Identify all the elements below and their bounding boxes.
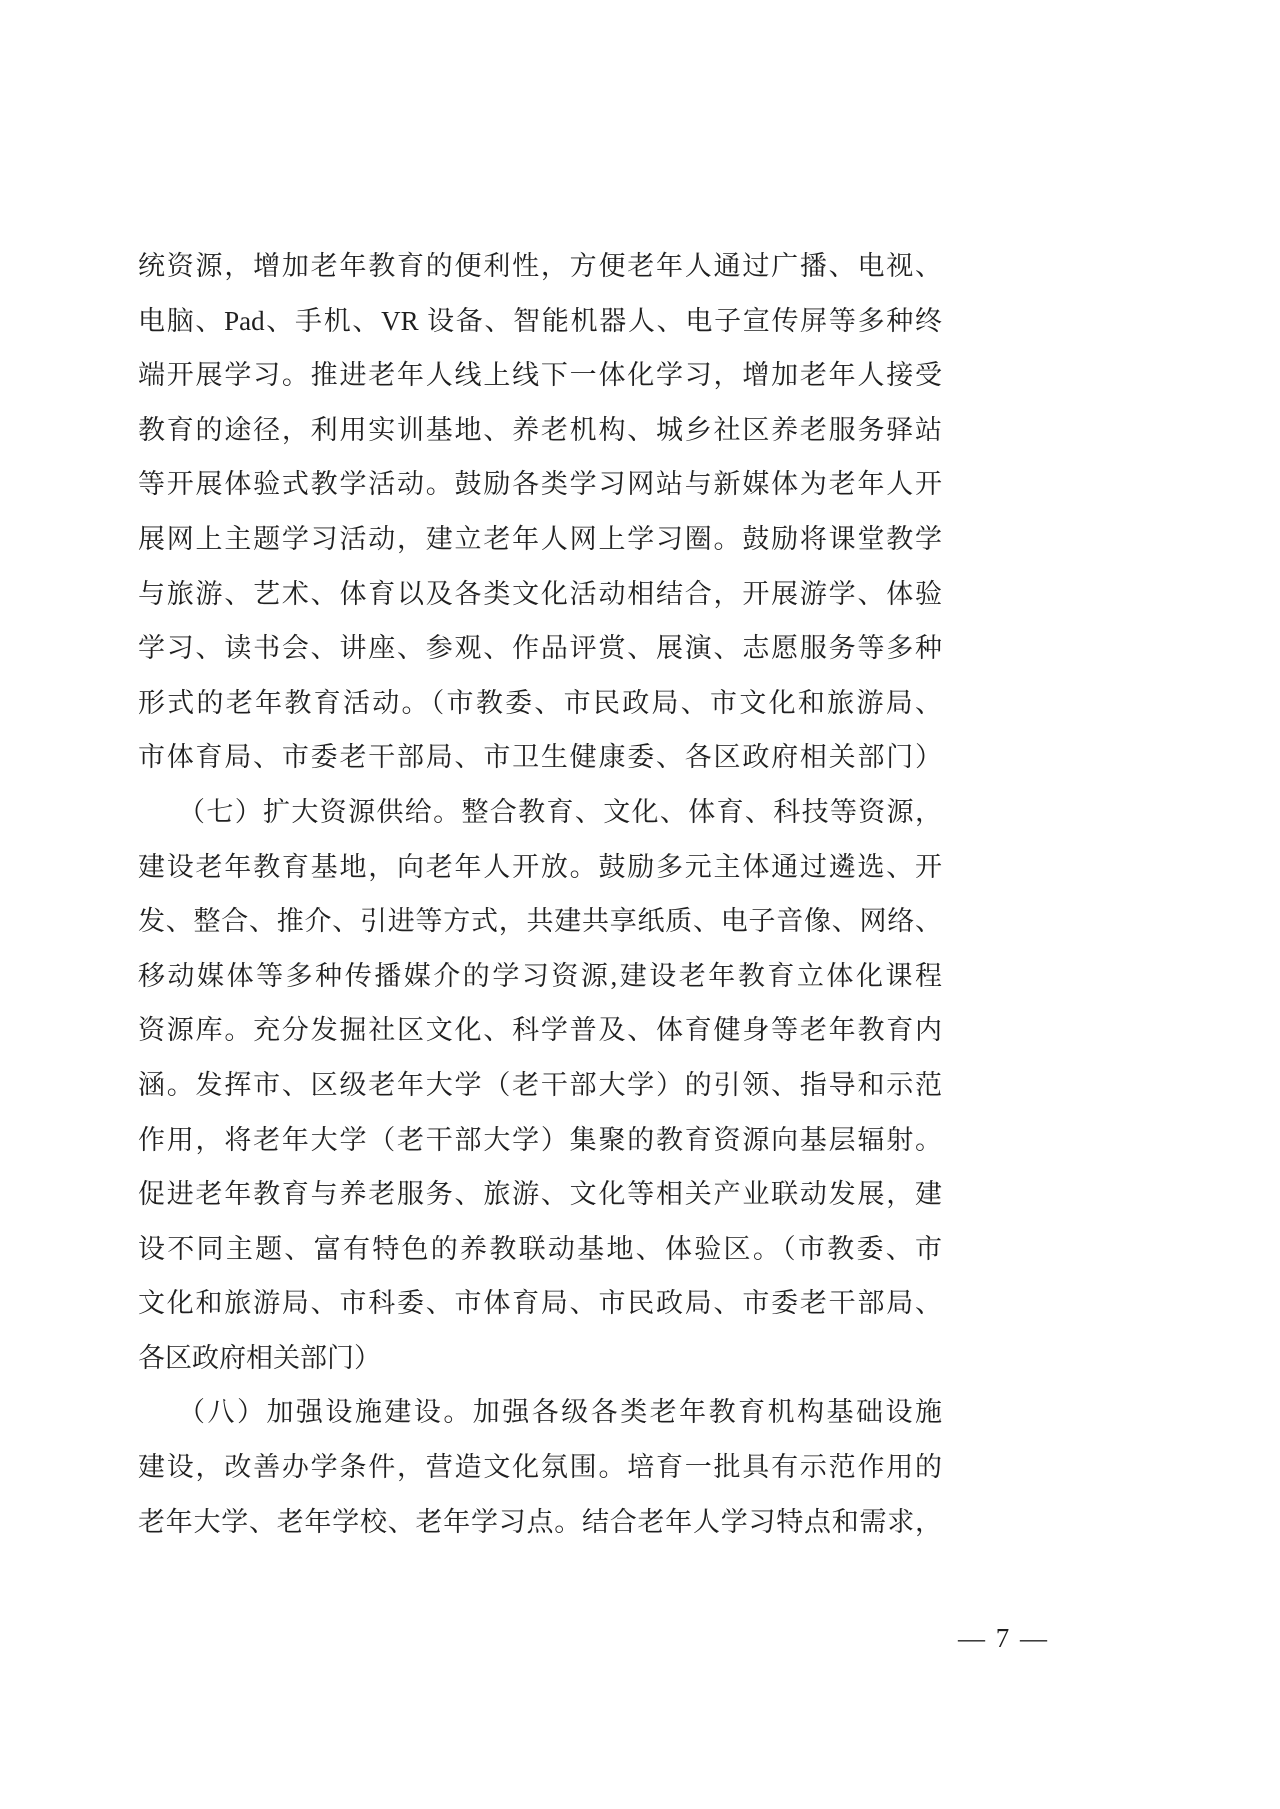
body-line: 学习、读书会、讲座、参观、作品评赏、展演、志愿服务等多种 [138,621,942,676]
document-body: 统资源，增加老年教育的便利性，方便老年人通过广播、电视、 电脑、Pad、手机、V… [138,239,942,1549]
page-number: — 7 — [958,1618,1049,1658]
body-line: 电脑、Pad、手机、VR 设备、智能机器人、电子宣传屏等多种终 [138,294,942,349]
body-line: 促进老年教育与养老服务、旅游、文化等相关产业联动发展，建 [138,1167,942,1222]
body-line: 移动媒体等多种传播媒介的学习资源,建设老年教育立体化课程 [138,949,942,1004]
body-line: 市体育局、市委老干部局、市卫生健康委、各区政府相关部门） [138,730,942,785]
body-line: 作用，将老年大学（老干部大学）集聚的教育资源向基层辐射。 [138,1113,942,1168]
body-line: 设不同主题、富有特色的养教联动基地、体验区。（市教委、市 [138,1222,942,1277]
body-line: 展网上主题学习活动，建立老年人网上学习圈。鼓励将课堂教学 [138,512,942,567]
body-line: 老年大学、老年学校、老年学习点。结合老年人学习特点和需求， [138,1495,942,1550]
body-line: 统资源，增加老年教育的便利性，方便老年人通过广播、电视、 [138,239,942,294]
body-line-paragraph-7-start: （七）扩大资源供给。整合教育、文化、体育、科技等资源， [138,785,942,840]
document-page: 统资源，增加老年教育的便利性，方便老年人通过广播、电视、 电脑、Pad、手机、V… [0,0,1280,1809]
body-line: 形式的老年教育活动。（市教委、市民政局、市文化和旅游局、 [138,676,942,731]
body-line-paragraph-8-start: （八）加强设施建设。加强各级各类老年教育机构基础设施 [138,1385,942,1440]
body-line: 涵。发挥市、区级老年大学（老干部大学）的引领、指导和示范 [138,1058,942,1113]
body-line: 端开展学习。推进老年人线上线下一体化学习，增加老年人接受 [138,348,942,403]
body-line: 文化和旅游局、市科委、市体育局、市民政局、市委老干部局、 [138,1276,942,1331]
body-line: 等开展体验式教学活动。鼓励各类学习网站与新媒体为老年人开 [138,457,942,512]
body-line: 建设老年教育基地，向老年人开放。鼓励多元主体通过遴选、开 [138,840,942,895]
body-line: 教育的途径，利用实训基地、养老机构、城乡社区养老服务驿站 [138,403,942,458]
body-line: 资源库。充分发掘社区文化、科学普及、体育健身等老年教育内 [138,1003,942,1058]
body-line-paragraph-end: 各区政府相关部门） [138,1331,942,1386]
body-line: 与旅游、艺术、体育以及各类文化活动相结合，开展游学、体验 [138,567,942,622]
body-line: 发、整合、推介、引进等方式，共建共享纸质、电子音像、网络、 [138,894,942,949]
body-line: 建设，改善办学条件，营造文化氛围。培育一批具有示范作用的 [138,1440,942,1495]
